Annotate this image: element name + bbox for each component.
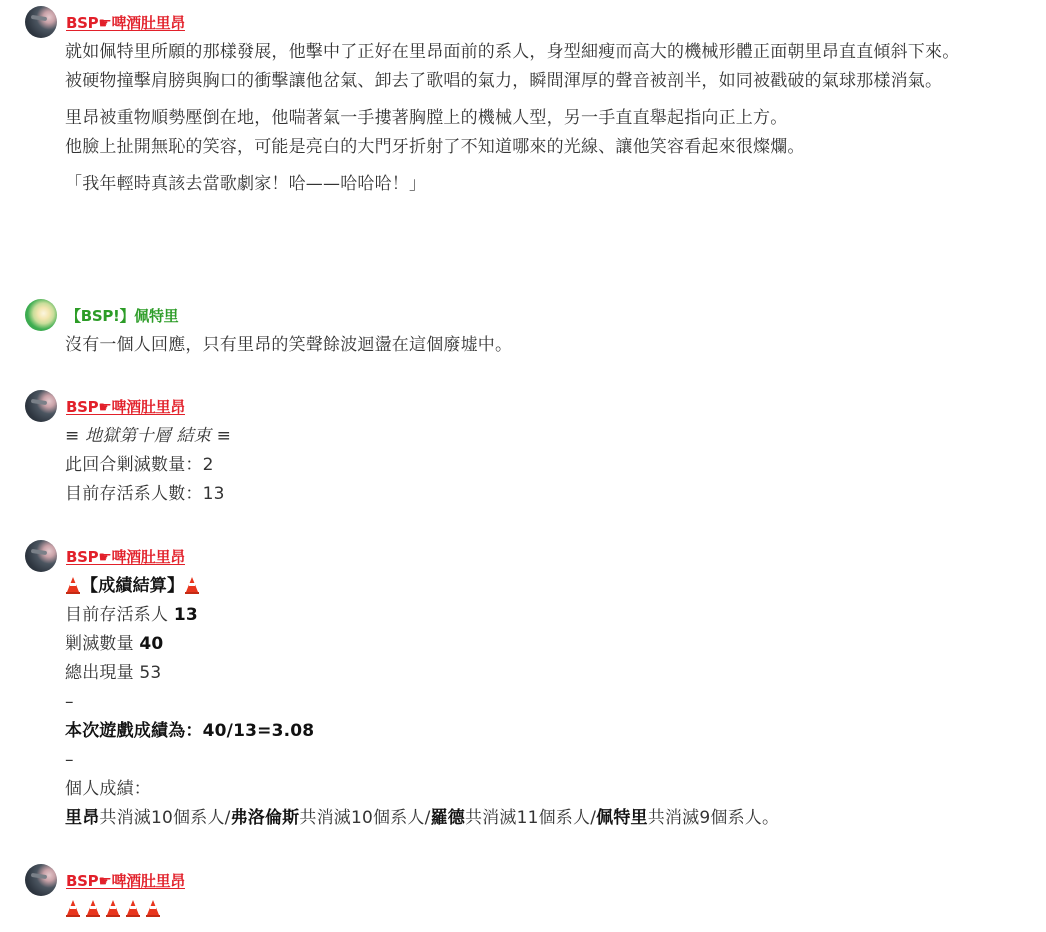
post-header: BSP☛啤酒肚里昂 (25, 6, 1025, 38)
paragraph: 就如佩特里所願的那樣發展，他擊中了正好在里昂面前的系人，身型細瘦而高大的機械形體… (65, 38, 1025, 67)
traffic-cone-icon (147, 900, 159, 915)
post: BSP☛啤酒肚里昂 (25, 864, 1025, 922)
round-end-title-text: 地獄第十層 結束 (85, 426, 211, 446)
avatar[interactable] (25, 540, 57, 572)
traffic-cone-icon (67, 900, 79, 915)
author-link[interactable]: BSP☛啤酒肚里昂 (66, 546, 185, 567)
stat-line: 目前存活系人數：13 (65, 480, 1025, 509)
traffic-cone-icon (186, 577, 198, 592)
paragraph: 他臉上扯開無恥的笑容，可能是亮白的大門牙折射了不知道哪來的光線、讓他笑容看起來很… (65, 133, 1025, 162)
player-name: 羅德 (431, 808, 465, 828)
post-body: 【成績結算】 目前存活系人 13 剿滅數量 40 總出現量 53 – 本次遊戲成… (65, 572, 1025, 833)
separator: – (65, 688, 1025, 717)
traffic-cone-icon (87, 900, 99, 915)
post-body: ≡ 地獄第十層 結束 ≡ 此回合剿滅數量：2 目前存活系人數：13 (65, 422, 1025, 509)
personal-scores: 里昂共消滅10個系人/弗洛倫斯共消滅10個系人/羅德共消滅11個系人/佩特里共消… (65, 804, 1025, 833)
post-header: 【BSP!】佩特里 (25, 299, 1025, 331)
post: BSP☛啤酒肚里昂 就如佩特里所願的那樣發展，他擊中了正好在里昂面前的系人，身型… (25, 6, 1025, 199)
paragraph: 被硬物撞擊肩膀與胸口的衝擊讓他岔氣、卸去了歌唱的氣力，瞬間渾厚的聲音被剖半，如同… (65, 67, 1025, 96)
post-body: 就如佩特里所願的那樣發展，他擊中了正好在里昂面前的系人，身型細瘦而高大的機械形體… (65, 38, 1025, 199)
paragraph: 里昂被重物順勢壓倒在地，他喘著氣一手摟著胸膛上的機械人型，另一手直直舉起指向正上… (65, 104, 1025, 133)
paragraph: 沒有一個人回應，只有里昂的笑聲餘波迴盪在這個廢墟中。 (65, 331, 1025, 360)
round-end-title: ≡ 地獄第十層 結束 ≡ (65, 422, 1025, 451)
player-name: 里昂 (65, 808, 99, 828)
traffic-cone-icon (107, 900, 119, 915)
stat-line: 目前存活系人 13 (65, 601, 1025, 630)
post-header: BSP☛啤酒肚里昂 (25, 864, 1025, 896)
post: 【BSP!】佩特里 沒有一個人回應，只有里昂的笑聲餘波迴盪在這個廢墟中。 (25, 299, 1025, 360)
post-body: 沒有一個人回應，只有里昂的笑聲餘波迴盪在這個廢墟中。 (65, 331, 1025, 360)
score-line: 本次遊戲成績為：40/13=3.08 (65, 717, 1025, 746)
score-heading: 【成績結算】 (65, 572, 1025, 601)
avatar[interactable] (25, 390, 57, 422)
author-link[interactable]: 【BSP!】佩特里 (66, 305, 178, 326)
player-name: 佩特里 (596, 808, 648, 828)
avatar[interactable] (25, 864, 57, 896)
traffic-cone-icon (127, 900, 139, 915)
post-body (65, 896, 1025, 922)
post-header: BSP☛啤酒肚里昂 (25, 540, 1025, 572)
post-header: BSP☛啤酒肚里昂 (25, 390, 1025, 422)
author-link[interactable]: BSP☛啤酒肚里昂 (66, 396, 185, 417)
stat-line: 總出現量 53 (65, 659, 1025, 688)
stat-line: 此回合剿滅數量：2 (65, 451, 1025, 480)
paragraph: 「我年輕時真該去當歌劇家！哈——哈哈哈！」 (65, 170, 1025, 199)
personal-score-label: 個人成績： (65, 775, 1025, 804)
author-link[interactable]: BSP☛啤酒肚里昂 (66, 870, 185, 891)
avatar[interactable] (25, 6, 57, 38)
traffic-cone-icon (67, 577, 79, 592)
post: BSP☛啤酒肚里昂 【成績結算】 目前存活系人 13 剿滅數量 40 總出現量 … (25, 540, 1025, 833)
separator: – (65, 746, 1025, 775)
player-name: 弗洛倫斯 (231, 808, 300, 828)
author-link[interactable]: BSP☛啤酒肚里昂 (66, 12, 185, 33)
post: BSP☛啤酒肚里昂 ≡ 地獄第十層 結束 ≡ 此回合剿滅數量：2 目前存活系人數… (25, 390, 1025, 509)
avatar[interactable] (25, 299, 57, 331)
stat-line: 剿滅數量 40 (65, 630, 1025, 659)
